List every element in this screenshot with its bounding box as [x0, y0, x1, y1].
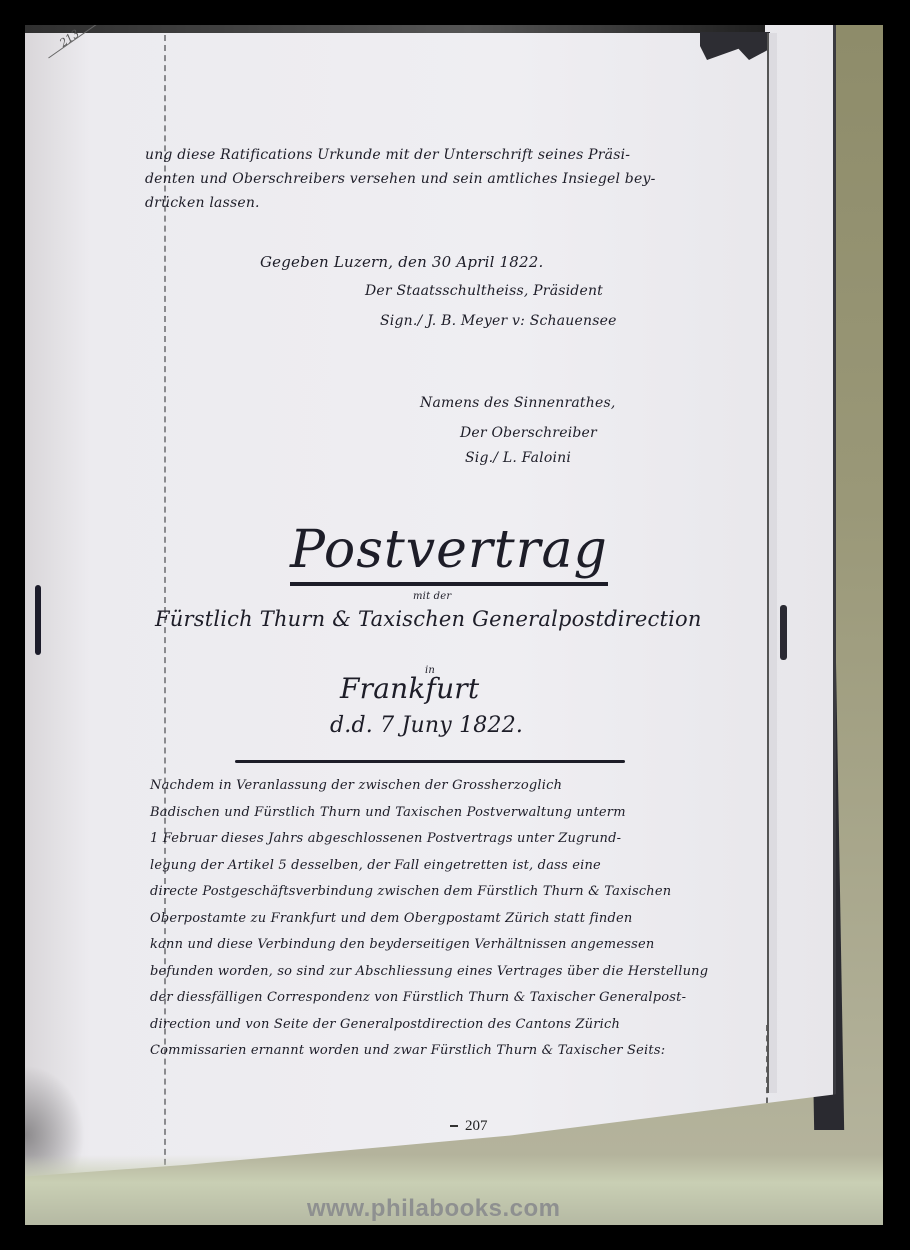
signatory-1-signature: Sign./ J. B. Meyer v: Schauensee: [380, 313, 617, 329]
heading-mit-der: mit der: [413, 591, 451, 602]
heading-date: d.d. 7 Juny 1822.: [330, 713, 523, 738]
document-page: 213 ung diese Ratifications Urkunde mit …: [25, 25, 836, 1200]
heading-rule: [235, 760, 625, 763]
ratification-closing-text: ung diese Ratifications Urkunde mit der …: [145, 143, 656, 215]
watermark: www.philabooks.com: [307, 1195, 560, 1223]
given-at-line: Gegeben Luzern, den 30 April 1822.: [260, 253, 544, 271]
signatory-2-title: Der Oberschreiber: [460, 425, 597, 441]
book-photo: 213 ung diese Ratifications Urkunde mit …: [25, 25, 883, 1225]
document-title: Postvertrag: [290, 520, 608, 586]
continuation-mark: =: [690, 1108, 702, 1124]
printed-page-number: 207: [465, 1118, 488, 1135]
binding-mark-left: [35, 585, 41, 655]
copy-corner-shadow: [700, 32, 770, 60]
page-edge: [767, 33, 777, 1093]
copy-edge-shadow: [25, 25, 765, 33]
body-text: Nachdem in Veranlassung der zwischen der…: [150, 773, 708, 1065]
signatory-2-on-behalf: Namens des Sinnenrathes,: [420, 395, 616, 411]
binding-mark-right: [780, 605, 787, 660]
page-number-dash: [450, 1125, 458, 1127]
signatory-2-signature: Sig./ L. Faloini: [465, 450, 571, 466]
signatory-1-title: Der Staatsschultheiss, Präsident: [365, 283, 603, 299]
heading-line-1: Fürstlich Thurn & Taxischen Generalpostd…: [155, 607, 702, 631]
heading-line-2: Frankfurt: [340, 672, 479, 705]
